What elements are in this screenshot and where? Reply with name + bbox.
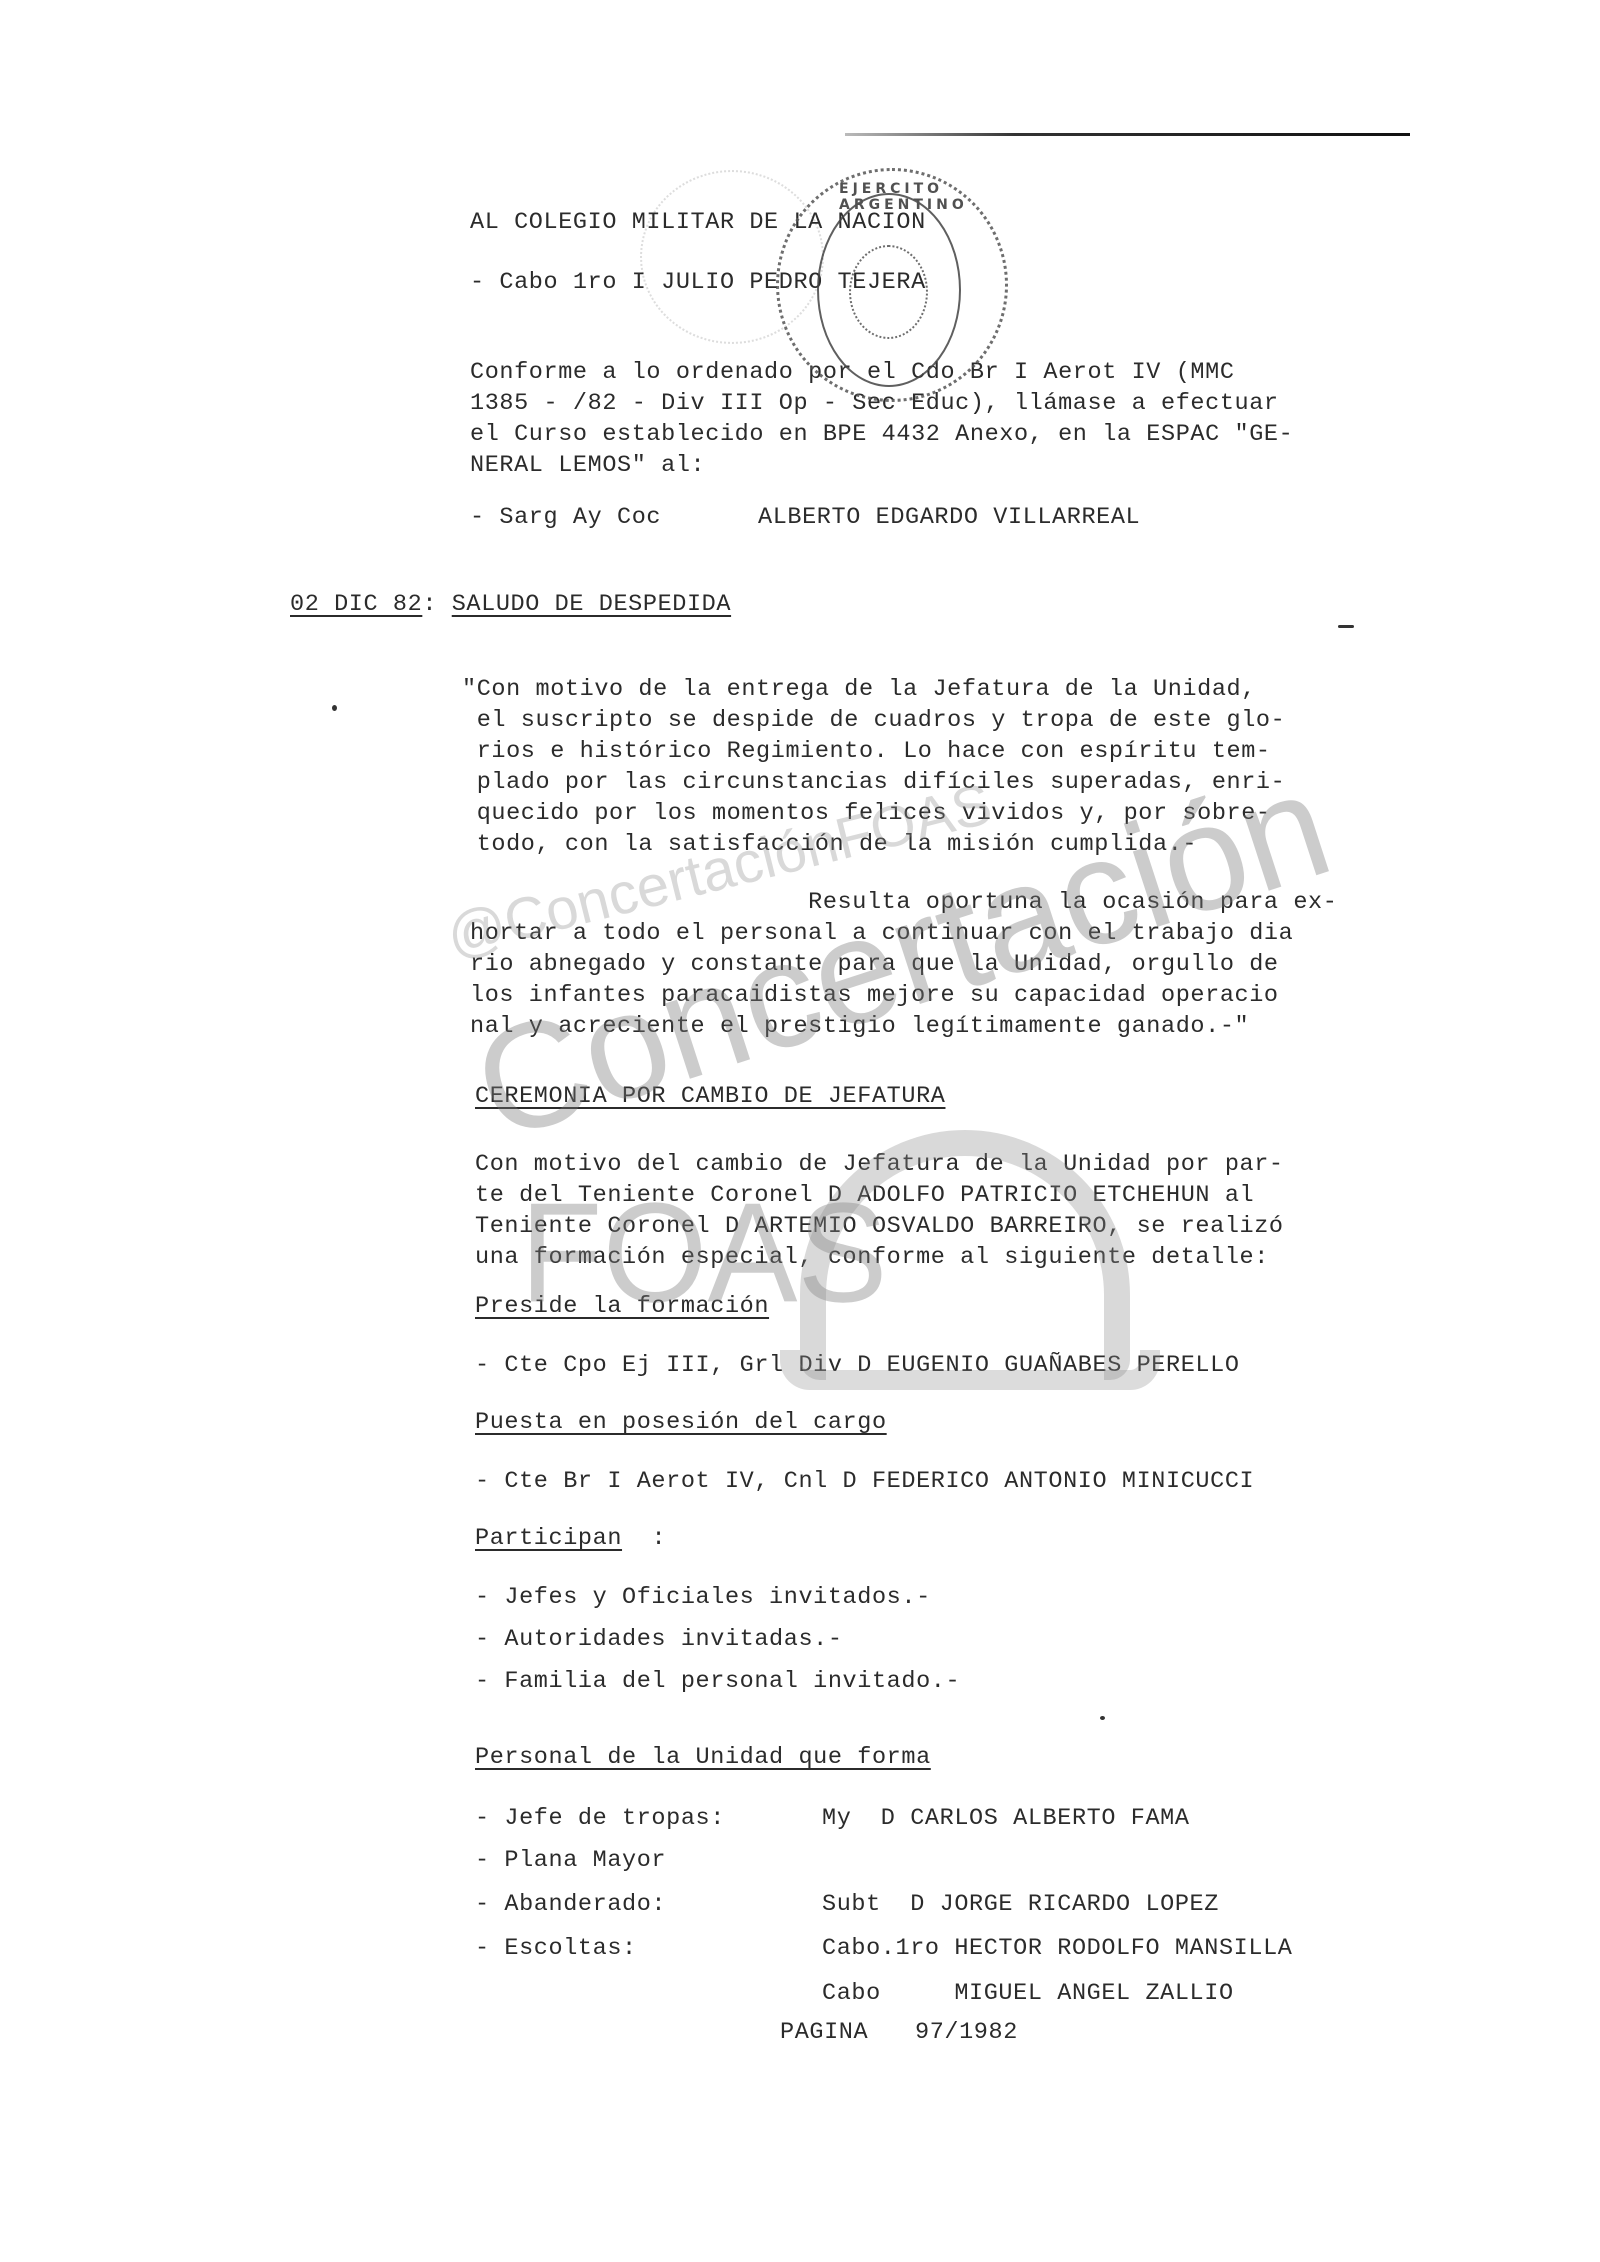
scan-speck <box>332 705 337 711</box>
farewell-p1-line-5: quecido por los momentos felices vividos… <box>462 799 1271 829</box>
possession-item: - Cte Br I Aerot IV, Cnl D FEDERICO ANTO… <box>475 1467 1254 1497</box>
participants-heading-line: Participan : <box>475 1524 666 1554</box>
stamp-outer-text: EJERCITO ARGENTINO <box>839 181 1005 213</box>
farewell-p1-line-2: el suscripto se despide de cuadros y tro… <box>462 706 1285 736</box>
unit-role-2: - Plana Mayor <box>475 1846 666 1876</box>
farewell-p1-line-4: plado por las circunstancias difíciles s… <box>462 768 1285 798</box>
unit-person-4: Cabo.1ro HECTOR RODOLFO MANSILLA <box>822 1934 1292 1964</box>
stamp-inner-ring <box>817 193 961 387</box>
person-line-2-name: ALBERTO EDGARDO VILLARREAL <box>758 503 1140 533</box>
farewell-p2-line-4: los infantes paracaidistas mejore su cap… <box>470 981 1279 1011</box>
unit-heading: Personal de la Unidad que forma <box>475 1743 931 1773</box>
ceremony-title: CEREMONIA POR CAMBIO DE JEFATURA <box>475 1082 945 1112</box>
participants-suffix: : <box>651 1525 666 1552</box>
document-page: AL COLEGIO MILITAR DE LA NACION - Cabo 1… <box>0 0 1600 2262</box>
farewell-title: SALUDO DE DESPEDIDA <box>452 591 731 618</box>
unit-person-5: Cabo MIGUEL ANGEL ZALLIO <box>822 1979 1234 2009</box>
participants-heading: Participan <box>475 1525 622 1552</box>
unit-person-1: My D CARLOS ALBERTO FAMA <box>822 1804 1190 1834</box>
possession-heading: Puesta en posesión del cargo <box>475 1408 887 1438</box>
stamp-emblem-icon <box>849 245 928 339</box>
page-label: PAGINA <box>780 2018 868 2048</box>
unit-role-3: - Abanderado: <box>475 1890 666 1920</box>
farewell-p1-line-6: todo, con la satisfacción de la misión c… <box>462 830 1197 860</box>
presides-heading: Preside la formación <box>475 1292 769 1322</box>
farewell-p2-line-2: hortar a todo el personal a continuar co… <box>470 919 1293 949</box>
scan-speck <box>1100 1716 1105 1720</box>
order-paragraph-line-3: el Curso establecido en BPE 4432 Anexo, … <box>470 420 1293 450</box>
farewell-date: 02 DIC 82 <box>290 591 422 618</box>
scan-speck <box>1338 625 1354 628</box>
participant-item-3: - Familia del personal invitado.- <box>475 1667 960 1697</box>
official-stamp: EJERCITO ARGENTINO <box>776 168 1008 402</box>
unit-role-1: - Jefe de tropas: <box>475 1804 725 1834</box>
farewell-p1-line-1: "Con motivo de la entrega de la Jefatura… <box>462 675 1256 705</box>
participant-item-1: - Jefes y Oficiales invitados.- <box>475 1583 931 1613</box>
person-line-2-rank: - Sarg Ay Coc <box>470 503 661 533</box>
farewell-p2-line-5: nal y acreciente el prestigio legítimame… <box>470 1012 1249 1042</box>
farewell-p1-line-3: rios e histórico Regimiento. Lo hace con… <box>462 737 1271 767</box>
farewell-p2-line-3: rio abnegado y constante para que la Uni… <box>470 950 1279 980</box>
unit-person-3: Subt D JORGE RICARDO LOPEZ <box>822 1890 1219 1920</box>
participant-item-2: - Autoridades invitadas.- <box>475 1625 843 1655</box>
header-rule <box>845 133 1410 136</box>
farewell-separator: : <box>422 591 437 618</box>
watermark-helmet-brim-icon <box>780 1350 1160 1390</box>
page-number: 97/1982 <box>915 2018 1018 2048</box>
farewell-p2-line-1: Resulta oportuna la ocasión para ex- <box>470 888 1337 918</box>
order-paragraph-line-4: NERAL LEMOS" al: <box>470 451 705 481</box>
farewell-heading: 02 DIC 82: SALUDO DE DESPEDIDA <box>290 590 731 620</box>
unit-role-4: - Escoltas: <box>475 1934 637 1964</box>
